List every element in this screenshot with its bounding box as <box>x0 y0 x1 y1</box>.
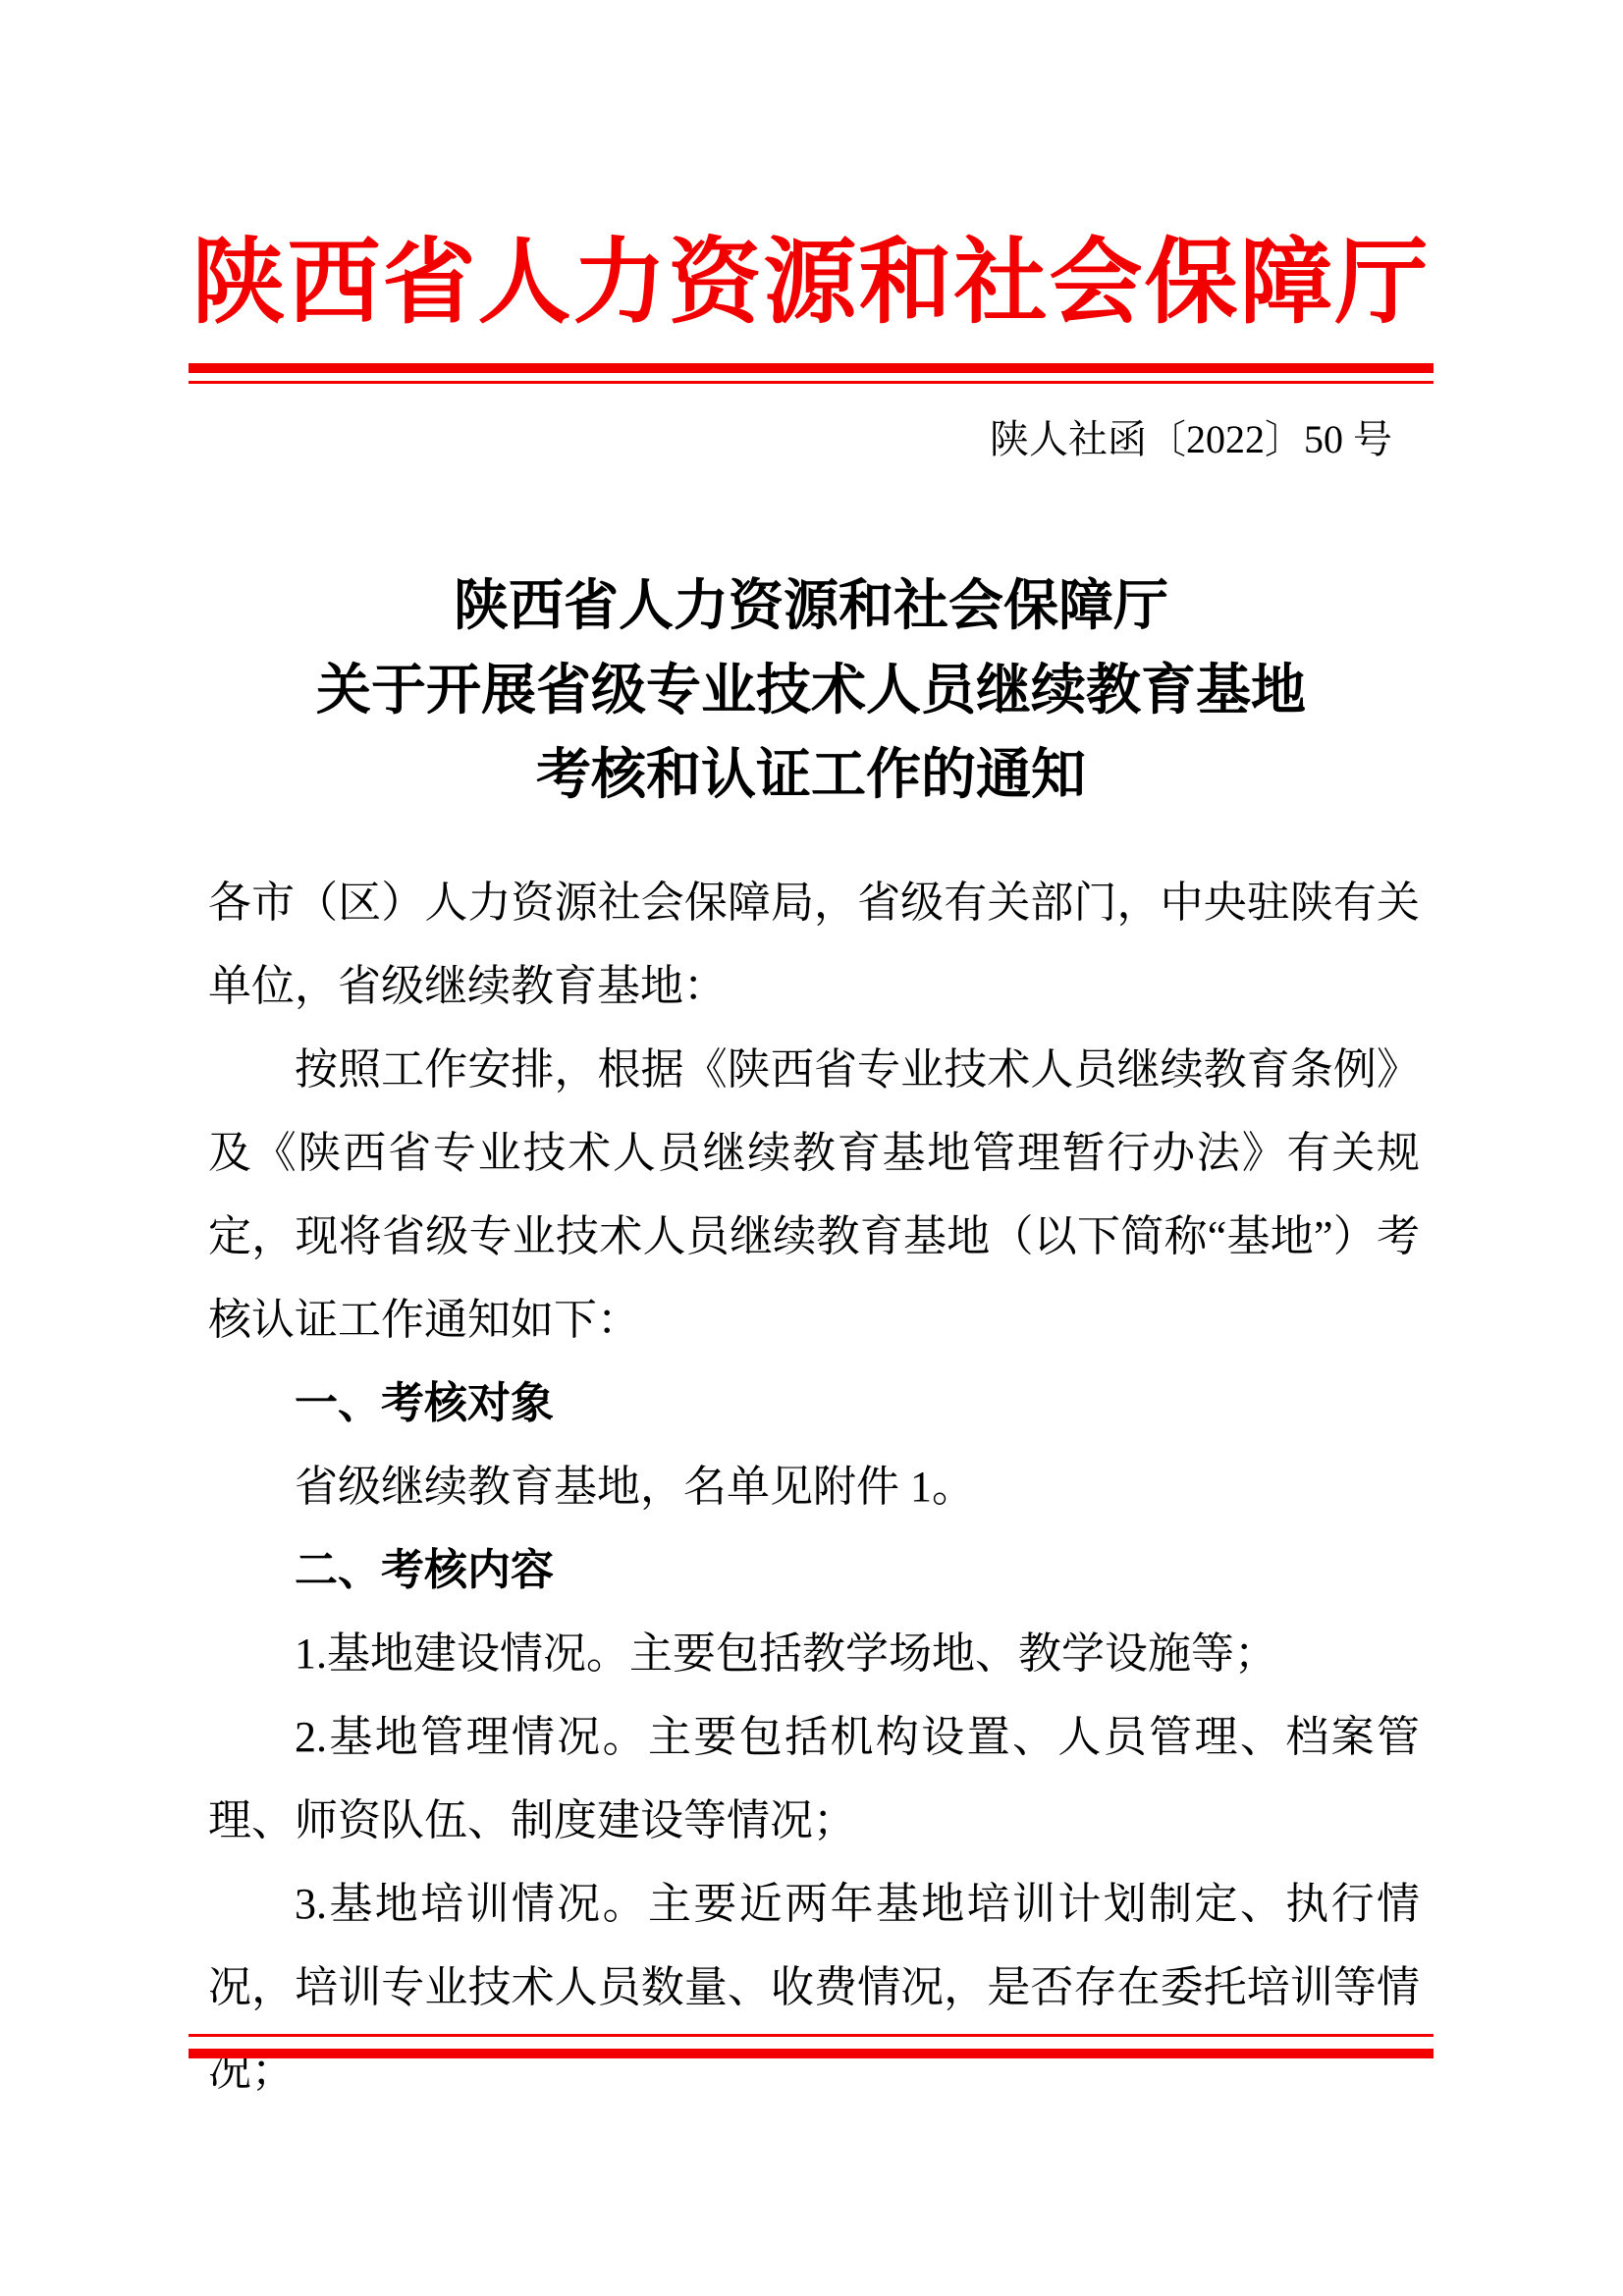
document-title: 陕西省人力资源和社会保障厅 关于开展省级专业技术人员继续教育基地 考核和认证工作… <box>189 564 1434 818</box>
section2-item-2: 2.基地管理情况。主要包括机构设置、人员管理、档案管理、师资队伍、制度建设等情况… <box>208 1695 1420 1862</box>
red-rule-thick-bottom <box>189 2049 1434 2058</box>
document-content: 陕西省人力资源和社会保障厅 陕人社函〔2022〕50 号 陕西省人力资源和社会保… <box>189 0 1434 2112</box>
section2-item-3: 3.基地培训情况。主要近两年基地培训计划制定、执行情况，培训专业技术人员数量、收… <box>208 1862 1420 2112</box>
red-rule-thin-top <box>189 381 1434 384</box>
doc-number: 陕人社函〔2022〕50 号 <box>189 415 1434 464</box>
section2-heading: 二、考核内容 <box>208 1528 1420 1612</box>
red-rule-thick-top <box>189 363 1434 373</box>
document-body: 各市（区）人力资源社会保障局，省级有关部门，中央驻陕有关单位，省级继续教育基地：… <box>189 861 1434 2112</box>
section1-heading: 一、考核对象 <box>208 1362 1420 1445</box>
title-line-1: 陕西省人力资源和社会保障厅 <box>189 564 1434 649</box>
section1-content: 省级继续教育基地，名单见附件 1。 <box>208 1445 1420 1528</box>
section2-item-1: 1.基地建设情况。主要包括教学场地、教学设施等； <box>208 1612 1420 1695</box>
intro-paragraph: 按照工作安排，根据《陕西省专业技术人员继续教育条例》及《陕西省专业技术人员继续教… <box>208 1028 1420 1362</box>
document-page: 陕西省人力资源和社会保障厅 陕人社函〔2022〕50 号 陕西省人力资源和社会保… <box>0 0 1623 2296</box>
letterhead-agency-name: 陕西省人力资源和社会保障厅 <box>189 224 1434 342</box>
salutation-paragraph: 各市（区）人力资源社会保障局，省级有关部门，中央驻陕有关单位，省级继续教育基地： <box>208 861 1420 1028</box>
title-line-2: 关于开展省级专业技术人员继续教育基地 <box>189 649 1434 733</box>
title-line-3: 考核和认证工作的通知 <box>189 733 1434 818</box>
red-rule-thin-bottom <box>189 2034 1434 2037</box>
